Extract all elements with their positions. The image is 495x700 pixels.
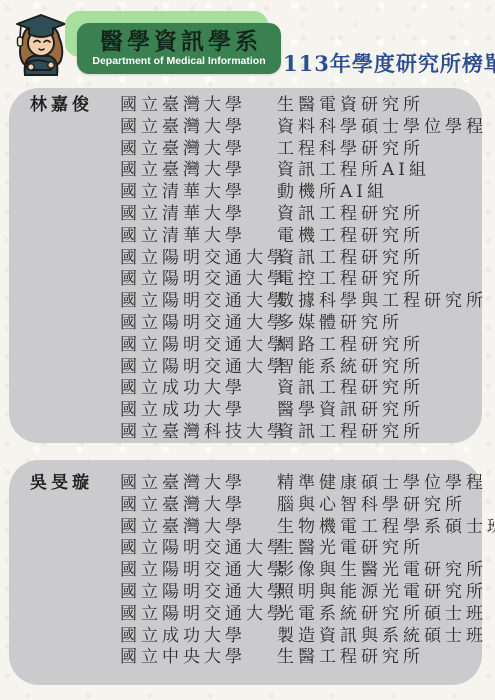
university-cell: 國立陽明交通大學 [120,335,277,357]
student-name: 吳旻璇 [9,473,120,495]
admission-row: 國立陽明交通大學網路工程研究所 [9,335,482,357]
program-cell: 光電系統研究所碩士班 [277,604,487,626]
university-cell: 國立臺灣大學 [120,139,277,161]
program-cell: 製造資訊與系統碩士班 [277,626,487,648]
student-name [9,422,120,444]
program-cell: 照明與能源光電研究所 [277,582,487,604]
student-name [9,604,120,626]
student-name [9,226,120,248]
admission-row: 國立陽明交通大學照明與能源光電研究所 [9,582,482,604]
program-cell: 資訊工程研究所 [277,422,482,444]
admission-row: 國立成功大學醫學資訊研究所 [9,400,482,422]
student-name [9,495,120,517]
admission-row: 國立陽明交通大學電控工程研究所 [9,269,482,291]
admission-row: 國立臺灣大學資料科學碩士學位學程 [9,117,482,139]
admission-row: 國立清華大學動機所AI組 [9,182,482,204]
program-cell: 工程科學研究所 [277,139,482,161]
admission-row: 國立陽明交通大學數據科學與工程研究所 [9,291,482,313]
admission-row: 國立成功大學製造資訊與系統碩士班 [9,626,482,648]
program-cell: 生醫光電研究所 [277,538,482,560]
admission-row: 國立陽明交通大學智能系統研究所 [9,357,482,379]
admission-row: 國立臺灣大學腦與心智科學研究所 [9,495,482,517]
university-cell: 國立陽明交通大學 [120,538,277,560]
university-cell: 國立清華大學 [120,204,277,226]
university-cell: 國立臺灣大學 [120,160,277,182]
university-cell: 國立臺灣科技大學 [120,422,277,444]
program-cell: 生物機電工程學系碩士班 [277,517,495,539]
admission-row: 國立陽明交通大學光電系統研究所碩士班 [9,604,482,626]
program-cell: 數據科學與工程研究所 [277,291,487,313]
university-cell: 國立中央大學 [120,647,277,669]
student-name [9,560,120,582]
department-name-english: Department of Medical Information [92,55,265,68]
university-cell: 國立清華大學 [120,226,277,248]
student-name [9,160,120,182]
program-cell: 多媒體研究所 [277,313,482,335]
student-name [9,400,120,422]
student-name [9,204,120,226]
department-banner: 醫學資訊學系 Department of Medical Information [77,23,281,74]
admission-row: 國立陽明交通大學多媒體研究所 [9,313,482,335]
university-cell: 國立陽明交通大學 [120,291,277,313]
program-cell: 資料科學碩士學位學程 [277,117,487,139]
student-name [9,626,120,648]
student-name [9,378,120,400]
program-cell: 資訊工程研究所 [277,204,482,226]
university-cell: 國立陽明交通大學 [120,582,277,604]
program-cell: 網路工程研究所 [277,335,482,357]
university-cell: 國立臺灣大學 [120,95,277,117]
admission-row: 國立臺灣科技大學資訊工程研究所 [9,422,482,444]
admission-row: 國立成功大學資訊工程研究所 [9,378,482,400]
student-name [9,647,120,669]
student-name [9,335,120,357]
student-results-box: 吳旻璇國立臺灣大學精準健康碩士學位學程國立臺灣大學腦與心智科學研究所國立臺灣大學… [9,460,482,685]
admission-row: 國立臺灣大學生物機電工程學系碩士班 [9,517,482,539]
university-cell: 國立陽明交通大學 [120,560,277,582]
admission-row: 國立陽明交通大學生醫光電研究所 [9,538,482,560]
student-name [9,357,120,379]
student-name [9,117,120,139]
university-cell: 國立陽明交通大學 [120,604,277,626]
program-cell: 電控工程研究所 [277,269,482,291]
program-cell: 生醫電資研究所 [277,95,482,117]
admission-row: 國立臺灣大學工程科學研究所 [9,139,482,161]
university-cell: 國立陽明交通大學 [120,313,277,335]
admission-poster: { "header": { "dept_name": "醫學資訊學系", "de… [0,0,495,700]
university-cell: 國立成功大學 [120,626,277,648]
student-name [9,248,120,270]
program-cell: 動機所AI組 [277,182,482,204]
university-cell: 國立臺灣大學 [120,473,277,495]
student-name [9,182,120,204]
university-cell: 國立清華大學 [120,182,277,204]
admission-row: 吳旻璇國立臺灣大學精準健康碩士學位學程 [9,473,482,495]
university-cell: 國立陽明交通大學 [120,248,277,270]
student-name [9,291,120,313]
program-cell: 資訊工程研究所 [277,378,482,400]
student-name [9,517,120,539]
admission-row: 林嘉俊國立臺灣大學生醫電資研究所 [9,95,482,117]
university-cell: 國立陽明交通大學 [120,357,277,379]
program-cell: 生醫工程研究所 [277,647,482,669]
program-cell: 資訊工程所AI組 [277,160,482,182]
university-cell: 國立成功大學 [120,400,277,422]
student-name [9,269,120,291]
university-cell: 國立臺灣大學 [120,495,277,517]
student-name [9,582,120,604]
admission-row: 國立陽明交通大學資訊工程研究所 [9,248,482,270]
program-cell: 腦與心智科學研究所 [277,495,482,517]
program-cell: 醫學資訊研究所 [277,400,482,422]
student-results-box: 林嘉俊國立臺灣大學生醫電資研究所國立臺灣大學資料科學碩士學位學程國立臺灣大學工程… [9,88,482,443]
admission-row: 國立清華大學資訊工程研究所 [9,204,482,226]
admission-row: 國立臺灣大學資訊工程所AI組 [9,160,482,182]
university-cell: 國立臺灣大學 [120,517,277,539]
admission-row: 國立陽明交通大學影像與生醫光電研究所 [9,560,482,582]
student-name [9,538,120,560]
graduate-student-icon [9,7,73,81]
student-name: 林嘉俊 [9,95,120,117]
student-name [9,139,120,161]
university-cell: 國立陽明交通大學 [120,269,277,291]
department-name: 醫學資訊學系 [96,29,262,55]
page-title: 113年學度研究所榜單 [283,48,493,78]
admission-row: 國立中央大學生醫工程研究所 [9,647,482,669]
university-cell: 國立成功大學 [120,378,277,400]
program-cell: 影像與生醫光電研究所 [277,560,487,582]
program-cell: 電機工程研究所 [277,226,482,248]
student-name [9,313,120,335]
program-cell: 智能系統研究所 [277,357,482,379]
program-cell: 精準健康碩士學位學程 [277,473,487,495]
program-cell: 資訊工程研究所 [277,248,482,270]
university-cell: 國立臺灣大學 [120,117,277,139]
admission-row: 國立清華大學電機工程研究所 [9,226,482,248]
